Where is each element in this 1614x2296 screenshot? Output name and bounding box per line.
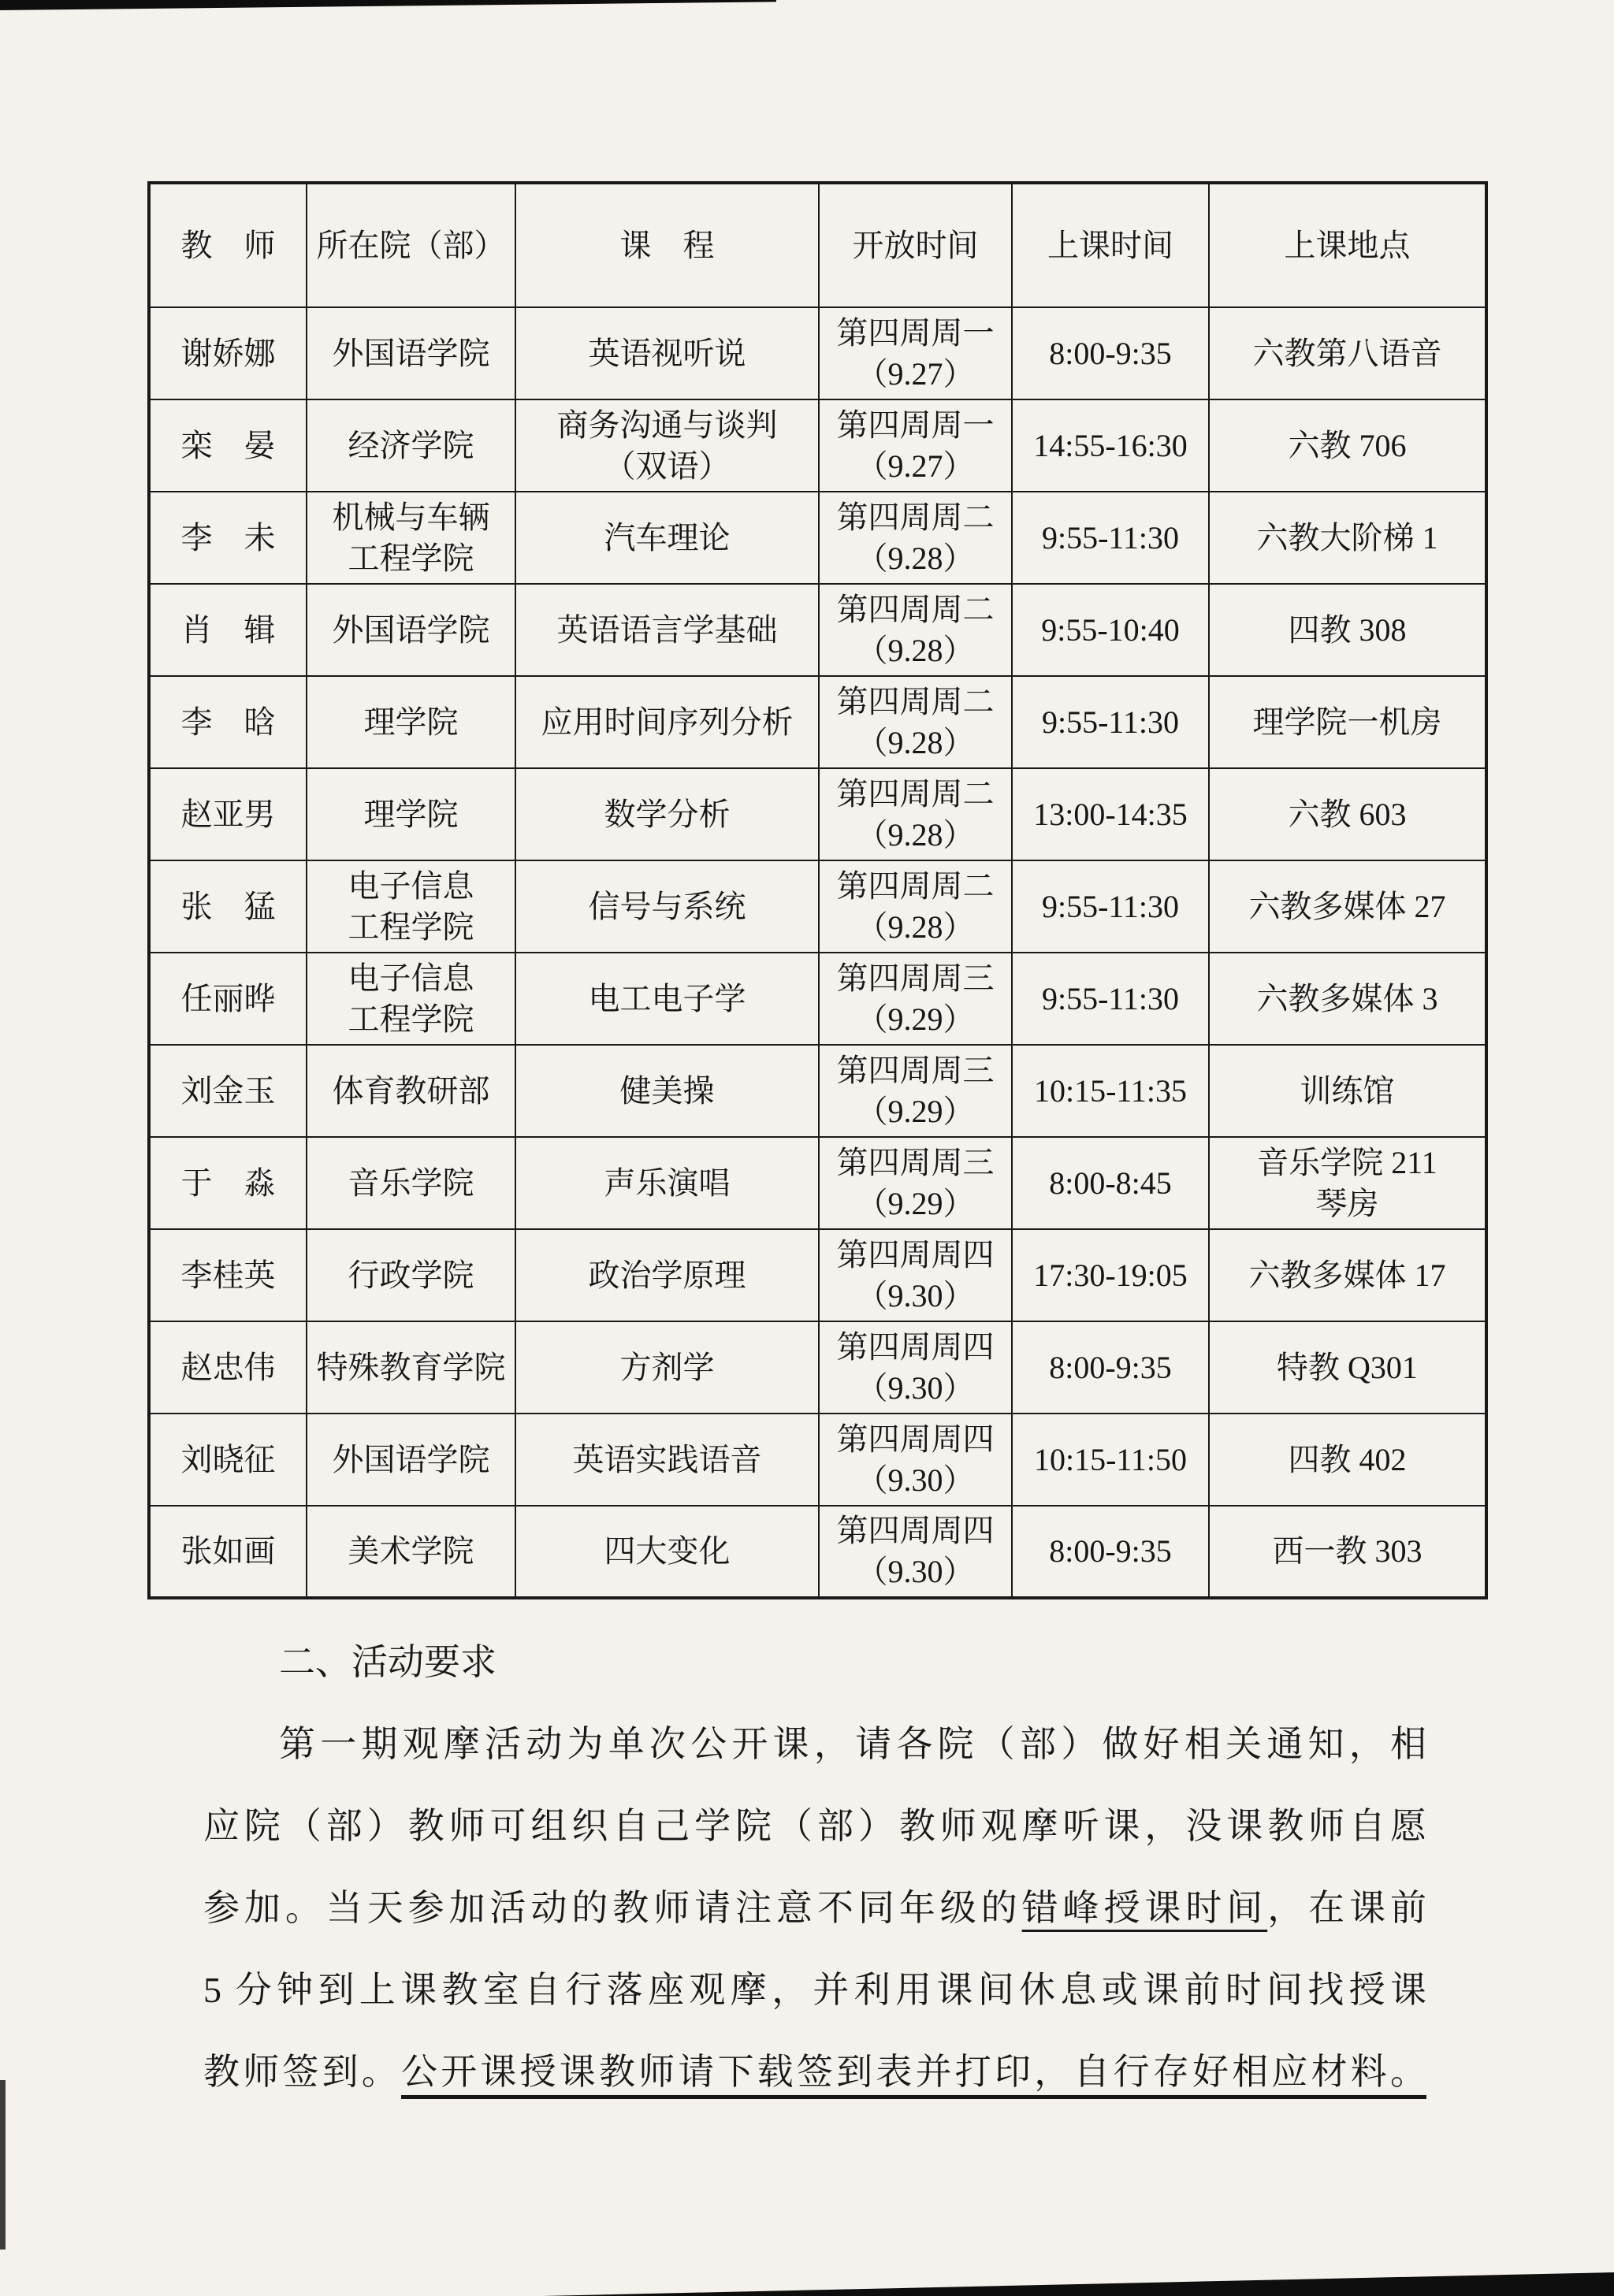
cell-location: 六教多媒体 3 [1209,953,1486,1045]
cell-teacher: 谢娇娜 [149,307,307,399]
paragraph-line-1: 第一期观摩活动为单次公开课，请各院（部）做好相关通知，相 [203,1703,1426,1785]
table-row: 赵亚男理学院数学分析第四周周二 （9.28）13:00-14:35六教 603 [149,768,1486,860]
column-header-college: 所在院（部） [307,183,515,307]
cell-college: 理学院 [307,676,515,768]
cell-college: 经济学院 [307,399,515,492]
cell-location: 西一教 303 [1209,1506,1486,1598]
cell-college: 机械与车辆 工程学院 [307,492,515,584]
cell-location: 六教 706 [1209,399,1486,492]
table-row: 赵忠伟特殊教育学院方剂学第四周周四 （9.30）8:00-9:35特教 Q301 [149,1321,1486,1414]
paragraph-text: ，在课前 [1267,1888,1426,1928]
table-row: 栾 晏经济学院商务沟通与谈判 （双语）第四周周一 （9.27）14:55-16:… [149,399,1486,492]
cell-college: 外国语学院 [307,307,515,399]
underlined-text-staggered-times: 错峰授课时间 [1022,1888,1268,1928]
cell-class-time: 14:55-16:30 [1012,399,1209,492]
cell-location: 六教 603 [1209,768,1486,860]
cell-open-time: 第四周周四 （9.30） [819,1321,1012,1414]
cell-course: 数学分析 [515,768,819,860]
cell-class-time: 8:00-8:45 [1012,1137,1209,1229]
schedule-table: 教 师 所在院（部） 课 程 开放时间 上课时间 上课地点 谢娇娜外国语学院英语… [147,181,1488,1599]
cell-college: 特殊教育学院 [307,1321,515,1414]
cell-class-time: 9:55-10:40 [1012,584,1209,676]
cell-location: 六教多媒体 27 [1209,860,1486,953]
cell-teacher: 栾 晏 [149,399,307,492]
cell-course: 四大变化 [515,1506,819,1598]
cell-open-time: 第四周周四 （9.30） [819,1506,1012,1598]
paragraph-text: 第一期观摩活动为单次公开课，请各院（部）做好相关通知，相 [279,1724,1426,1764]
cell-teacher: 于 淼 [149,1137,307,1229]
cell-class-time: 8:00-9:35 [1012,1506,1209,1598]
paragraph-line-4: 5 分钟到上课教室自行落座观摩，并利用课间休息或课前时间找授课 [203,1949,1426,2031]
cell-location: 训练馆 [1209,1045,1486,1137]
cell-course: 政治学原理 [515,1229,819,1321]
paragraph-text: 参加。当天参加活动的教师请注意不同年级的 [203,1888,1022,1928]
cell-open-time: 第四周周四 （9.30） [819,1414,1012,1506]
column-header-course: 课 程 [515,183,819,307]
cell-teacher: 李 晗 [149,676,307,768]
cell-open-time: 第四周周二 （9.28） [819,676,1012,768]
cell-course: 方剂学 [515,1321,819,1414]
cell-college: 外国语学院 [307,584,515,676]
cell-class-time: 9:55-11:30 [1012,953,1209,1045]
paragraph-line-3: 参加。当天参加活动的教师请注意不同年级的错峰授课时间，在课前 [203,1867,1426,1949]
cell-teacher: 刘晓征 [149,1414,307,1506]
cell-location: 音乐学院 211 琴房 [1209,1137,1486,1229]
table-row: 任丽晔电子信息 工程学院电工电子学第四周周三 （9.29）9:55-11:30六… [149,953,1486,1045]
cell-course: 信号与系统 [515,860,819,953]
cell-location: 六教大阶梯 1 [1209,492,1486,584]
cell-course: 英语实践语音 [515,1414,819,1506]
cell-class-time: 10:15-11:35 [1012,1045,1209,1137]
paragraph-line-5: 教师签到。公开课授课教师请下载签到表并打印，自行存好相应材料。 [203,2031,1426,2113]
cell-college: 行政学院 [307,1229,515,1321]
cell-open-time: 第四周周二 （9.28） [819,768,1012,860]
cell-open-time: 第四周周二 （9.28） [819,584,1012,676]
cell-teacher: 赵忠伟 [149,1321,307,1414]
cell-location: 四教 402 [1209,1414,1486,1506]
cell-open-time: 第四周周三 （9.29） [819,953,1012,1045]
scan-edge-artifact-bottom [542,2272,1614,2296]
cell-open-time: 第四周周三 （9.29） [819,1137,1012,1229]
cell-teacher: 李桂英 [149,1229,307,1321]
cell-college: 电子信息 工程学院 [307,953,515,1045]
cell-course: 商务沟通与谈判 （双语） [515,399,819,492]
cell-class-time: 8:00-9:35 [1012,1321,1209,1414]
cell-teacher: 刘金玉 [149,1045,307,1137]
table-row: 张 猛电子信息 工程学院信号与系统第四周周二 （9.28）9:55-11:30六… [149,860,1486,953]
cell-teacher: 张 猛 [149,860,307,953]
cell-class-time: 9:55-11:30 [1012,492,1209,584]
table-row: 李 未机械与车辆 工程学院汽车理论第四周周二 （9.28）9:55-11:30六… [149,492,1486,584]
cell-location: 特教 Q301 [1209,1321,1486,1414]
cell-open-time: 第四周周二 （9.28） [819,492,1012,584]
cell-teacher: 李 未 [149,492,307,584]
document-page: { "page": { "background_color": "#f5f2ee… [0,0,1614,2296]
section-title: 二、活动要求 [279,1622,1426,1703]
underlined-text-signin-sheet: 公开课授课教师请下载签到表并打印，自行存好相应材料。 [401,2052,1426,2092]
paragraph-text: 应院（部）教师可组织自己学院（部）教师观摩听课，没课教师自愿 [203,1806,1426,1846]
cell-location: 四教 308 [1209,584,1486,676]
cell-open-time: 第四周周一 （9.27） [819,307,1012,399]
table-row: 肖 辑外国语学院英语语言学基础第四周周二 （9.28）9:55-10:40四教 … [149,584,1486,676]
column-header-open-time: 开放时间 [819,183,1012,307]
cell-class-time: 9:55-11:30 [1012,860,1209,953]
cell-class-time: 8:00-9:35 [1012,307,1209,399]
cell-course: 电工电子学 [515,953,819,1045]
table-row: 李 晗理学院应用时间序列分析第四周周二 （9.28）9:55-11:30理学院一… [149,676,1486,768]
table-header-row: 教 师 所在院（部） 课 程 开放时间 上课时间 上课地点 [149,183,1486,307]
table-row: 刘金玉体育教研部健美操第四周周三 （9.29）10:15-11:35训练馆 [149,1045,1486,1137]
table-row: 于 淼音乐学院声乐演唱第四周周三 （9.29）8:00-8:45音乐学院 211… [149,1137,1486,1229]
cell-course: 健美操 [515,1045,819,1137]
scan-edge-artifact-top [0,0,776,10]
cell-college: 音乐学院 [307,1137,515,1229]
cell-course: 英语视听说 [515,307,819,399]
cell-location: 理学院一机房 [1209,676,1486,768]
cell-course: 汽车理论 [515,492,819,584]
table-row: 谢娇娜外国语学院英语视听说第四周周一 （9.27）8:00-9:35六教第八语音 [149,307,1486,399]
cell-class-time: 13:00-14:35 [1012,768,1209,860]
schedule-table-wrap: 教 师 所在院（部） 课 程 开放时间 上课时间 上课地点 谢娇娜外国语学院英语… [147,181,1488,1599]
cell-teacher: 张如画 [149,1506,307,1598]
column-header-teacher: 教 师 [149,183,307,307]
cell-location: 六教第八语音 [1209,307,1486,399]
table-row: 刘晓征外国语学院英语实践语音第四周周四 （9.30）10:15-11:50四教 … [149,1414,1486,1506]
column-header-location: 上课地点 [1209,183,1486,307]
cell-open-time: 第四周周四 （9.30） [819,1229,1012,1321]
cell-teacher: 任丽晔 [149,953,307,1045]
paragraph-text: 教师签到。 [203,2052,401,2092]
cell-open-time: 第四周周一 （9.27） [819,399,1012,492]
cell-teacher: 赵亚男 [149,768,307,860]
cell-college: 电子信息 工程学院 [307,860,515,953]
cell-college: 体育教研部 [307,1045,515,1137]
cell-class-time: 17:30-19:05 [1012,1229,1209,1321]
cell-class-time: 9:55-11:30 [1012,676,1209,768]
cell-open-time: 第四周周二 （9.28） [819,860,1012,953]
paragraph-line-2: 应院（部）教师可组织自己学院（部）教师观摩听课，没课教师自愿 [203,1785,1426,1867]
cell-open-time: 第四周周三 （9.29） [819,1045,1012,1137]
cell-class-time: 10:15-11:50 [1012,1414,1209,1506]
scan-edge-artifact-left [0,2080,6,2250]
cell-college: 外国语学院 [307,1414,515,1506]
requirements-section: 二、活动要求 第一期观摩活动为单次公开课，请各院（部）做好相关通知，相 应院（部… [203,1622,1426,2113]
cell-teacher: 肖 辑 [149,584,307,676]
cell-course: 应用时间序列分析 [515,676,819,768]
table-row: 李桂英行政学院政治学原理第四周周四 （9.30）17:30-19:05六教多媒体… [149,1229,1486,1321]
cell-course: 英语语言学基础 [515,584,819,676]
table-row: 张如画美术学院四大变化第四周周四 （9.30）8:00-9:35西一教 303 [149,1506,1486,1598]
paragraph-text: 5 分钟到上课教室自行落座观摩，并利用课间休息或课前时间找授课 [203,1970,1426,2010]
column-header-class-time: 上课时间 [1012,183,1209,307]
cell-college: 理学院 [307,768,515,860]
cell-location: 六教多媒体 17 [1209,1229,1486,1321]
cell-course: 声乐演唱 [515,1137,819,1229]
cell-college: 美术学院 [307,1506,515,1598]
